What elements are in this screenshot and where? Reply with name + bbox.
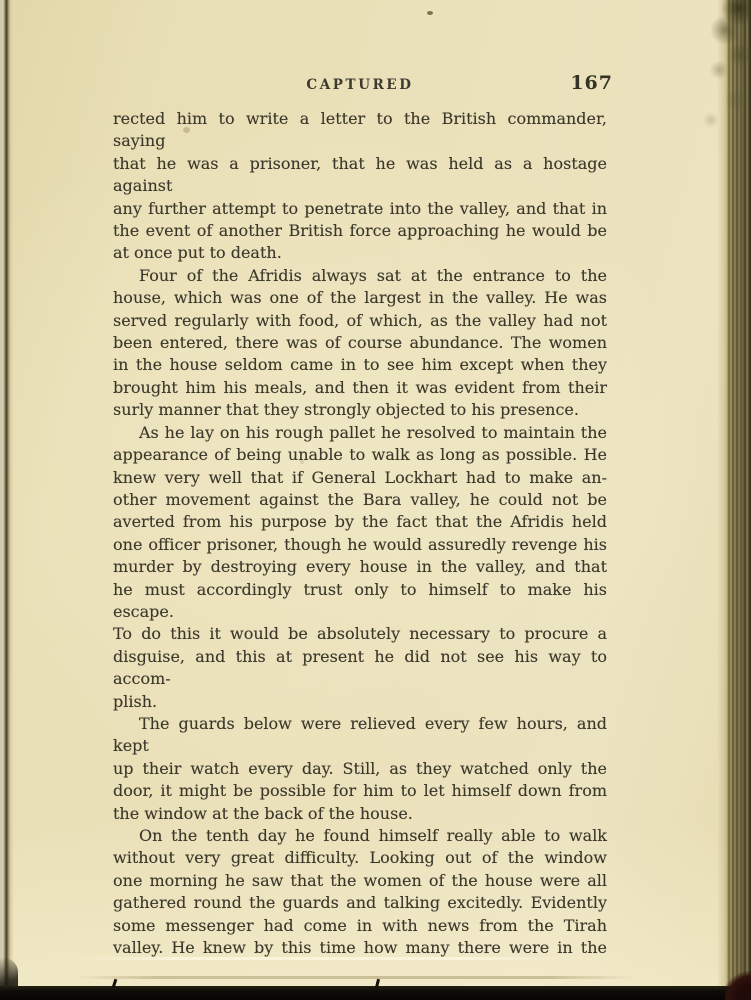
text-line: in the house seldom came in to see him e…: [113, 354, 607, 376]
right-page-edges: [717, 0, 751, 1000]
text-line: one officer prisoner, though he would as…: [113, 534, 607, 556]
text-line: he must accordingly trust only to himsel…: [113, 579, 607, 624]
text-line: the event of another British force appro…: [113, 220, 607, 242]
text-line: The guards below were relieved every few…: [113, 713, 607, 758]
text-line: averted from his purpose by the fact tha…: [113, 511, 607, 533]
text-line: valley. He knew by this time how many th…: [113, 937, 607, 959]
text-line: house, which was one of the largest in t…: [113, 287, 607, 309]
text-line: door, it might be possible for him to le…: [113, 780, 607, 802]
text-line: Four of the Afridis always sat at the en…: [113, 265, 607, 287]
page-number: 167: [570, 72, 613, 94]
text-line: surly manner that they strongly objected…: [113, 399, 607, 421]
text-line: knew very well that if General Lockhart …: [113, 467, 607, 489]
text-line: any further attempt to penetrate into th…: [113, 198, 607, 220]
text-line: brought him his meals, and then it was e…: [113, 377, 607, 399]
running-title: CAPTURED: [113, 77, 607, 93]
text-line: On the tenth day he found himself really…: [113, 825, 607, 847]
text-line: rected him to write a letter to the Brit…: [113, 108, 607, 153]
text-line: gathered round the guards and talking ex…: [113, 892, 607, 914]
bottom-right-cover-corner: [725, 970, 751, 1000]
text-line: one morning he saw that the women of the…: [113, 870, 607, 892]
text-line: served regularly with food, of which, as…: [113, 310, 607, 332]
book-cover-bottom: [0, 986, 751, 1000]
page-text: rected him to write a letter to the Brit…: [113, 108, 607, 959]
text-line: appearance of being unable to walk as lo…: [113, 444, 607, 466]
text-line: at once put to death.: [113, 242, 607, 264]
left-page-edge: [0, 0, 14, 1000]
text-line: As he lay on his rough pallet he resolve…: [113, 422, 607, 444]
book-page-scan: CAPTURED 167 rected him to write a lette…: [0, 0, 751, 1000]
paper-crease: [75, 976, 635, 979]
text-line: disguise, and this at present he did not…: [113, 646, 607, 691]
text-line: the window at the back of the house.: [113, 803, 607, 825]
text-line: without very great difficulty. Looking o…: [113, 847, 607, 869]
text-line: other movement against the Bara valley, …: [113, 489, 607, 511]
page-header: CAPTURED 167: [113, 74, 607, 96]
paper-speck: [427, 11, 433, 15]
text-line: up their watch every day. Still, as they…: [113, 758, 607, 780]
text-line: been entered, there was of course abunda…: [113, 332, 607, 354]
text-line: murder by destroying every house in the …: [113, 556, 607, 578]
text-line: that he was a prisoner, that he was held…: [113, 153, 607, 198]
corner-foxing: [681, 0, 751, 150]
text-line: To do this it would be absolutely necess…: [113, 623, 607, 645]
text-line: some messenger had come in with news fro…: [113, 915, 607, 937]
text-line: plish.: [113, 691, 607, 713]
